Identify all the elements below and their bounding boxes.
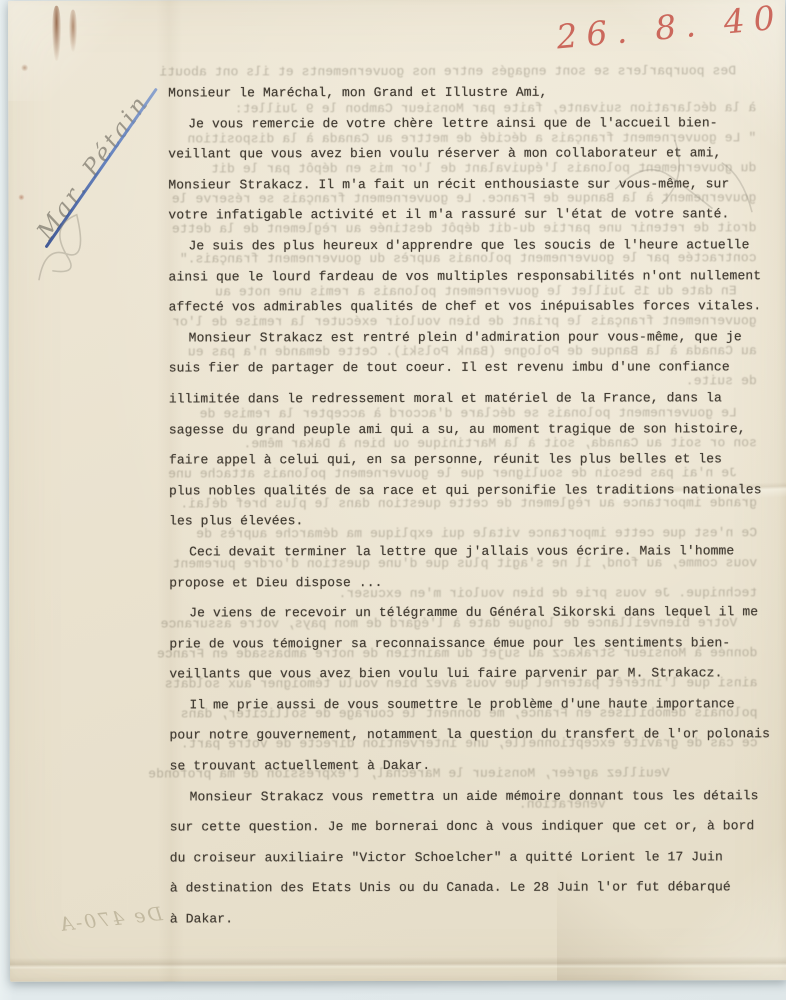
typed-line: Je viens de recevoir un télégramme du Gé… [169,597,769,629]
typed-line: affecté vos admirables qualités de chef … [169,291,769,323]
typed-line: Il me prie aussi de vous soumettre le pr… [169,689,769,721]
typed-line: Je vous remercie de votre chère lettre a… [168,108,768,140]
typed-line: Je suis des plus heureux d'apprendre que… [168,230,768,262]
letter-body: Monsieur le Maréchal, mon Grand et Illus… [168,77,770,935]
letter-page: Des pourparlers se sont engagés entre no… [8,0,786,982]
typed-line: à Dakar. [170,903,770,935]
typed-line: suis fier de partager de tout coeur. Il … [169,353,769,385]
typed-line: Monsieur Strakacz. Il m'a fait un récit … [168,169,768,201]
typed-line: faire appel à celui qui, en sa personne,… [169,444,769,476]
typed-line: prie de vous témoigner sa reconnaissance… [169,628,769,660]
typed-line: illimitée dans le redressement moral et … [169,383,769,415]
scanner-background: Des pourparlers se sont engagés entre no… [0,0,786,1000]
typed-line: veillant que vous avez bien voulu réserv… [168,138,768,170]
rust-stain [21,64,28,72]
typed-line: Monsieur Strakacz est rentré plein d'adm… [169,322,769,354]
typed-line: Ceci devait terminer la lettre que j'all… [169,536,769,568]
typed-line: pour notre gouvernement, notamment la qu… [169,720,769,752]
rust-stain [18,194,24,201]
typed-line: sagesse du grand peuple ami qui a su, au… [169,414,769,446]
typed-line: à destination des Etats Unis ou du Canad… [170,873,770,905]
typed-line: propose et Dieu dispose ... [169,567,769,599]
typed-line: les plus élevées. [169,506,769,538]
typed-line: plus nobles qualités de sa race et qui p… [169,475,769,507]
typed-line: se trouvant actuellement à Dakar. [170,750,770,782]
typed-line: votre infatigable activité et il m'a ras… [168,200,768,232]
typed-line: sur cette question. Je me bornerai donc … [170,811,770,843]
typed-line: veillants que vous avez bien voulu lui f… [169,659,769,691]
typed-line: Monsieur le Maréchal, mon Grand et Illus… [168,77,768,109]
typed-line: du croiseur auxiliaire "Victor Schoelche… [170,842,770,874]
typed-line: ainsi que le lourd fardeau de vos multip… [169,261,769,293]
typed-line: Monsieur Strakacz vous remettra un aide … [170,781,770,813]
